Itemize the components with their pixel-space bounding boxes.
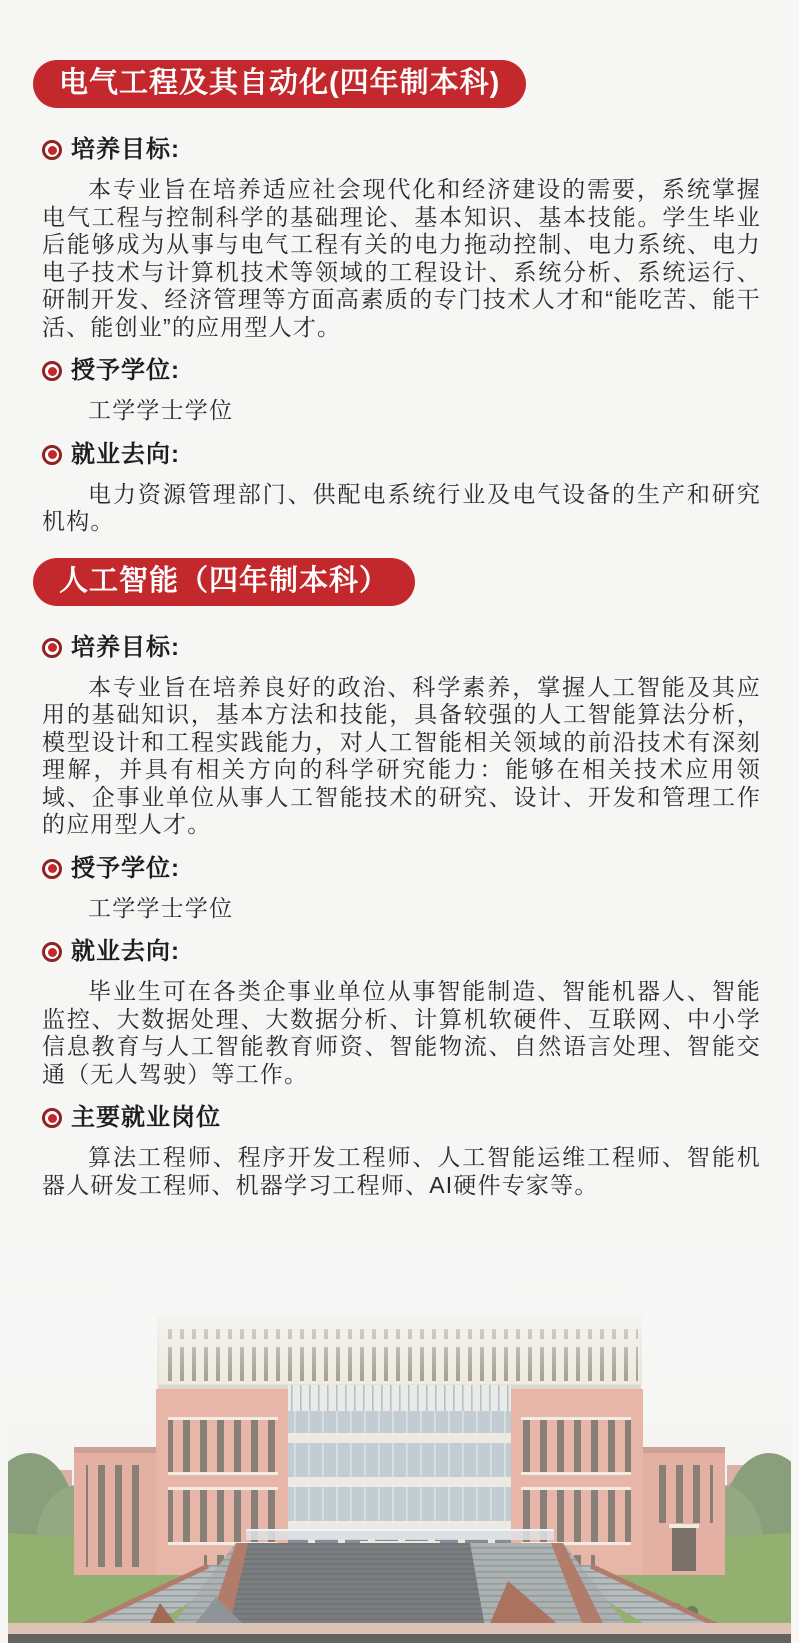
bullet-target-icon xyxy=(42,638,62,658)
program-title-banner: 电气工程及其自动化(四年制本科) xyxy=(33,60,526,108)
bullet-dot xyxy=(48,146,57,155)
bullet-dot xyxy=(48,864,57,873)
field-heading-row: 授予学位: xyxy=(42,855,761,883)
field-body: 工学学士学位 xyxy=(42,397,761,425)
bullet-target-icon xyxy=(42,859,62,879)
bullet-dot xyxy=(48,367,57,376)
field-heading-row: 培养目标: xyxy=(42,136,761,164)
bullet-dot xyxy=(48,643,57,652)
field-heading: 主要就业岗位 xyxy=(71,1104,221,1132)
field-body: 工学学士学位 xyxy=(42,895,761,923)
bullet-target-icon xyxy=(42,361,62,381)
field-body: 本专业旨在培养适应社会现代化和经济建设的需要，系统掌握电气工程与控制科学的基础理… xyxy=(42,176,761,341)
top-fade xyxy=(8,1225,791,1375)
field-body: 本专业旨在培养良好的政治、科学素养，掌握人工智能及其应用的基础知识，基本方法和技… xyxy=(42,674,761,839)
program-section: 电气工程及其自动化(四年制本科)培养目标:本专业旨在培养适应社会现代化和经济建设… xyxy=(42,60,761,536)
brochure-content: 电气工程及其自动化(四年制本科)培养目标:本专业旨在培养适应社会现代化和经济建设… xyxy=(0,60,799,1207)
field-heading-row: 主要就业岗位 xyxy=(42,1104,761,1132)
bullet-target-icon xyxy=(42,942,62,962)
field-heading-row: 就业去向: xyxy=(42,938,761,966)
field-body: 算法工程师、程序开发工程师、人工智能运维工程师、智能机器人研发工程师、机器学习工… xyxy=(42,1144,761,1199)
field-body: 电力资源管理部门、供配电系统行业及电气设备的生产和研究机构。 xyxy=(42,481,761,536)
field-heading: 授予学位: xyxy=(71,855,180,883)
field-heading-row: 授予学位: xyxy=(42,357,761,385)
field-heading: 培养目标: xyxy=(71,634,180,662)
field-heading-row: 就业去向: xyxy=(42,441,761,469)
campus-photo xyxy=(8,1225,791,1643)
bullet-target-icon xyxy=(42,1108,62,1128)
program-title-banner: 人工智能（四年制本科） xyxy=(33,558,415,606)
field-heading: 就业去向: xyxy=(71,441,180,469)
campus-building-illustration xyxy=(8,1225,791,1643)
field-heading: 就业去向: xyxy=(71,938,180,966)
bullet-dot xyxy=(48,948,57,957)
field-heading-row: 培养目标: xyxy=(42,634,761,662)
field-body: 毕业生可在各类企事业单位从事智能制造、智能机器人、智能监控、大数据处理、大数据分… xyxy=(42,978,761,1088)
field-heading: 授予学位: xyxy=(71,357,180,385)
field-heading: 培养目标: xyxy=(71,136,180,164)
bullet-target-icon xyxy=(42,445,62,465)
bullet-dot xyxy=(48,450,57,459)
bullet-dot xyxy=(48,1114,57,1123)
bullet-target-icon xyxy=(42,140,62,160)
program-section: 人工智能（四年制本科）培养目标:本专业旨在培养良好的政治、科学素养，掌握人工智能… xyxy=(42,558,761,1200)
